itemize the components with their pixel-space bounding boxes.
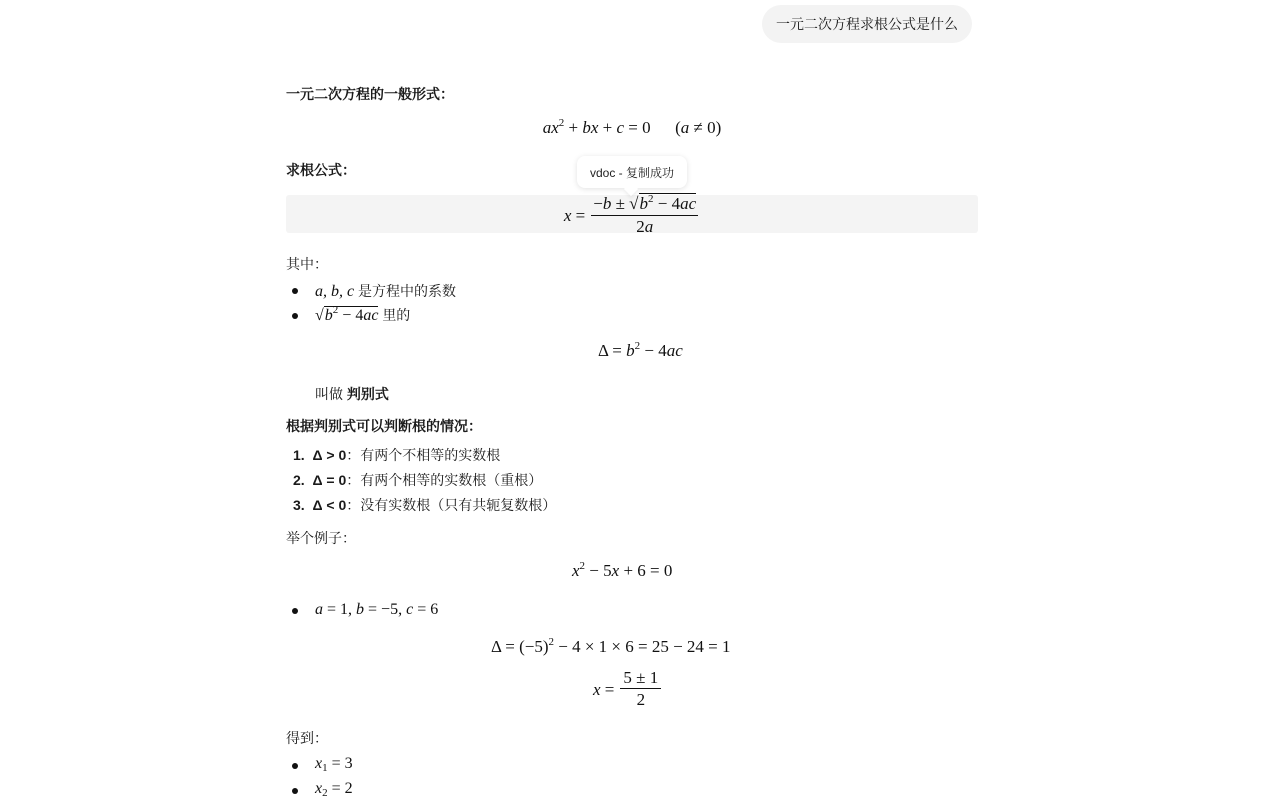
bullet-icon — [292, 608, 298, 614]
cases-heading: 根据判别式可以判断根的情况： — [286, 416, 482, 436]
bullet-icon — [292, 288, 298, 294]
example-equation: x2 − 5x + 6 = 0 — [572, 561, 672, 581]
result-x2: x2 = 2 — [315, 780, 353, 798]
case-item-1: 1. Δ > 0：有两个不相等的实数根 — [293, 445, 500, 465]
general-form-formula: ax2 + bx + c = 0 (a ≠ 0) — [286, 118, 978, 138]
general-form-heading: 一元二次方程的一般形式： — [286, 84, 454, 104]
example-discriminant: Δ = (−5)2 − 4 × 1 × 6 = 25 − 24 = 1 — [491, 637, 731, 657]
user-message-bubble: 一元二次方程求根公式是什么 — [762, 5, 972, 43]
bullet-icon — [292, 788, 298, 794]
case-item-3: 3. Δ < 0：没有实数根（只有共轭复数根） — [293, 495, 556, 515]
copy-success-tooltip: vdoc - 复制成功 — [577, 156, 687, 188]
list-item-discriminant-expr: √b2 − 4ac 里的 — [315, 305, 410, 325]
list-item-coefficients: a, b, c 是方程中的系数 — [315, 281, 456, 301]
bullet-icon — [292, 763, 298, 769]
result-label: 得到： — [286, 728, 328, 748]
case-item-2: 2. Δ = 0：有两个相等的实数根（重根） — [293, 470, 542, 490]
discriminant-term: 判别式 — [347, 386, 389, 402]
example-coefficients: a = 1, b = −5, c = 6 — [315, 601, 438, 619]
root-formula[interactable]: x = −b ± √b2 − 4ac 2a — [286, 195, 978, 237]
example-label: 举个例子： — [286, 528, 356, 548]
tooltip-text: vdoc - 复制成功 — [590, 164, 674, 181]
root-formula-heading: 求根公式： — [286, 160, 356, 180]
user-message-text: 一元二次方程求根公式是什么 — [776, 14, 958, 34]
discriminant-called: 叫做 判别式 — [315, 384, 389, 404]
discriminant-formula: Δ = b2 − 4ac — [598, 341, 683, 361]
example-root-formula: x = 5 ± 1 2 — [593, 668, 663, 711]
where-label: 其中： — [286, 254, 328, 274]
result-x1: x1 = 3 — [315, 755, 353, 773]
bullet-icon — [292, 313, 298, 319]
